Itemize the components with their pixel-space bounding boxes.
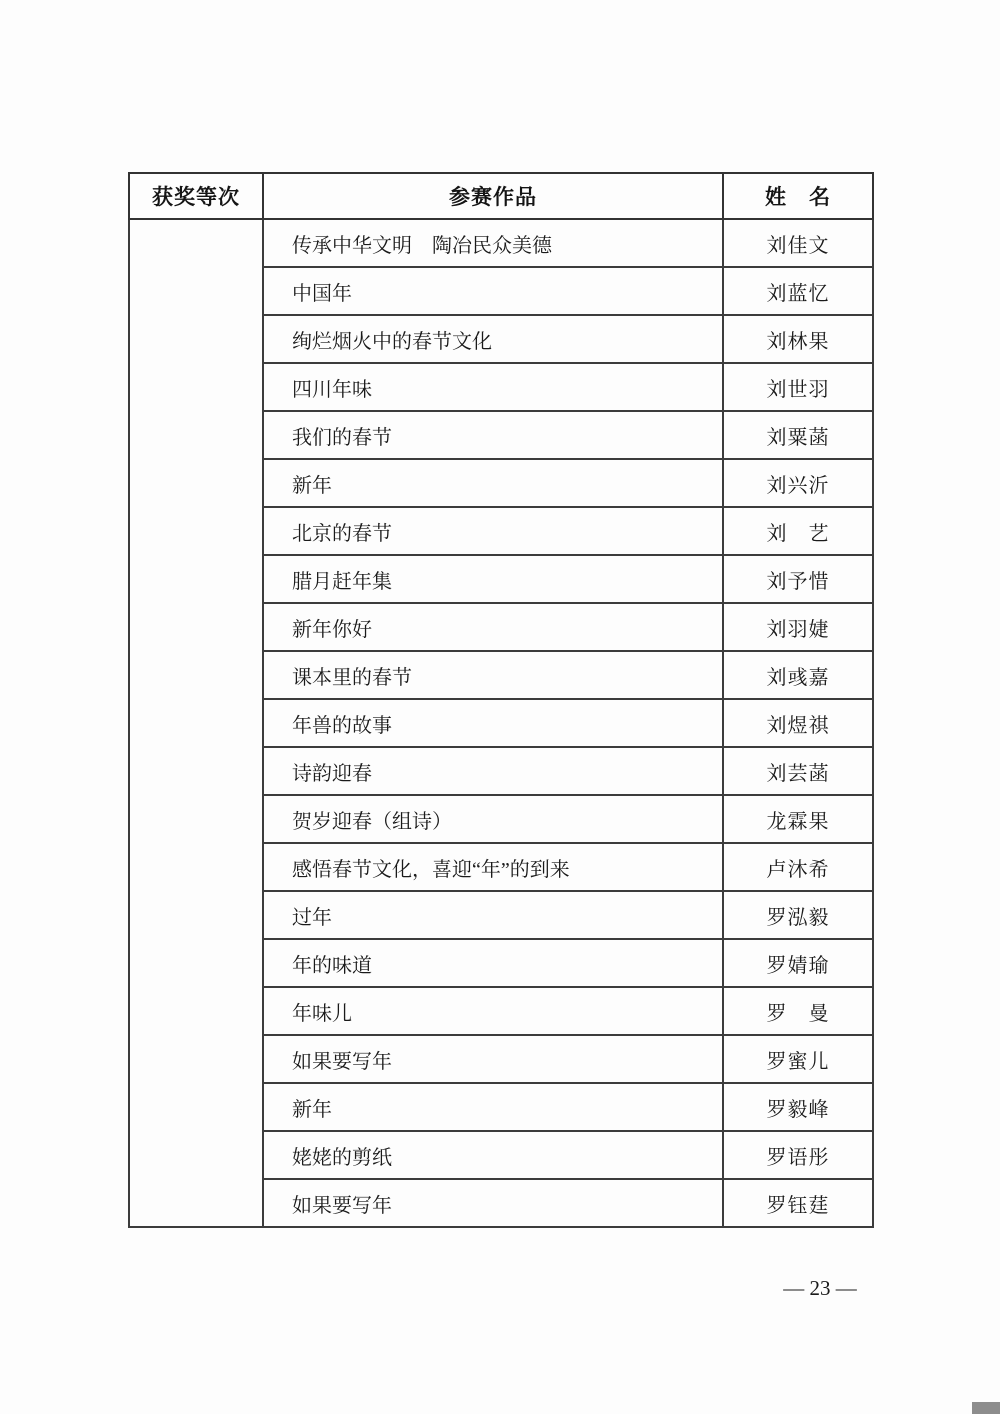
name-cell: 罗蜜儿 bbox=[723, 1035, 873, 1083]
name-cell: 刘粟菡 bbox=[723, 411, 873, 459]
work-title-cell: 传承中华文明 陶冶民众美德 bbox=[263, 219, 723, 267]
work-title-cell: 感悟春节文化，喜迎“年”的到来 bbox=[263, 843, 723, 891]
name-cell: 刘彧嘉 bbox=[723, 651, 873, 699]
work-title-cell: 北京的春节 bbox=[263, 507, 723, 555]
name-cell: 刘煜祺 bbox=[723, 699, 873, 747]
scan-corner-mark bbox=[972, 1402, 1000, 1414]
name-cell: 刘兴沂 bbox=[723, 459, 873, 507]
name-cell: 龙霖果 bbox=[723, 795, 873, 843]
table-row: 传承中华文明 陶冶民众美德刘佳文 bbox=[129, 219, 873, 267]
name-cell: 罗婧瑜 bbox=[723, 939, 873, 987]
name-cell: 罗毅峰 bbox=[723, 1083, 873, 1131]
name-cell: 刘芸菡 bbox=[723, 747, 873, 795]
name-cell: 罗语彤 bbox=[723, 1131, 873, 1179]
column-header-name: 姓 名 bbox=[723, 173, 873, 219]
work-title-cell: 四川年味 bbox=[263, 363, 723, 411]
document-page: 获奖等次 参赛作品 姓 名 传承中华文明 陶冶民众美德刘佳文中国年刘蓝忆绚烂烟火… bbox=[0, 0, 1000, 1414]
name-cell: 罗 曼 bbox=[723, 987, 873, 1035]
name-cell: 罗钰莛 bbox=[723, 1179, 873, 1227]
work-title-cell: 腊月赶年集 bbox=[263, 555, 723, 603]
name-cell: 卢沐希 bbox=[723, 843, 873, 891]
work-title-cell: 中国年 bbox=[263, 267, 723, 315]
name-cell: 刘予惜 bbox=[723, 555, 873, 603]
work-title-cell: 诗韵迎春 bbox=[263, 747, 723, 795]
table-header-row: 获奖等次 参赛作品 姓 名 bbox=[129, 173, 873, 219]
work-title-cell: 课本里的春节 bbox=[263, 651, 723, 699]
work-title-cell: 年味儿 bbox=[263, 987, 723, 1035]
work-title-cell: 我们的春节 bbox=[263, 411, 723, 459]
work-title-cell: 新年 bbox=[263, 459, 723, 507]
work-title-cell: 如果要写年 bbox=[263, 1179, 723, 1227]
awards-table: 获奖等次 参赛作品 姓 名 传承中华文明 陶冶民众美德刘佳文中国年刘蓝忆绚烂烟火… bbox=[128, 172, 874, 1228]
work-title-cell: 年的味道 bbox=[263, 939, 723, 987]
award-level-cell bbox=[129, 219, 263, 1227]
work-title-cell: 新年 bbox=[263, 1083, 723, 1131]
name-cell: 刘世羽 bbox=[723, 363, 873, 411]
work-title-cell: 贺岁迎春（组诗） bbox=[263, 795, 723, 843]
name-cell: 刘林果 bbox=[723, 315, 873, 363]
column-header-award-level: 获奖等次 bbox=[129, 173, 263, 219]
name-cell: 刘羽婕 bbox=[723, 603, 873, 651]
name-cell: 刘佳文 bbox=[723, 219, 873, 267]
work-title-cell: 过年 bbox=[263, 891, 723, 939]
page-number: — 23 — bbox=[760, 1276, 880, 1301]
name-cell: 罗泓毅 bbox=[723, 891, 873, 939]
work-title-cell: 绚烂烟火中的春节文化 bbox=[263, 315, 723, 363]
work-title-cell: 如果要写年 bbox=[263, 1035, 723, 1083]
work-title-cell: 姥姥的剪纸 bbox=[263, 1131, 723, 1179]
work-title-cell: 新年你好 bbox=[263, 603, 723, 651]
name-cell: 刘 艺 bbox=[723, 507, 873, 555]
name-cell: 刘蓝忆 bbox=[723, 267, 873, 315]
table-body: 传承中华文明 陶冶民众美德刘佳文中国年刘蓝忆绚烂烟火中的春节文化刘林果四川年味刘… bbox=[129, 219, 873, 1227]
column-header-work-title: 参赛作品 bbox=[263, 173, 723, 219]
work-title-cell: 年兽的故事 bbox=[263, 699, 723, 747]
